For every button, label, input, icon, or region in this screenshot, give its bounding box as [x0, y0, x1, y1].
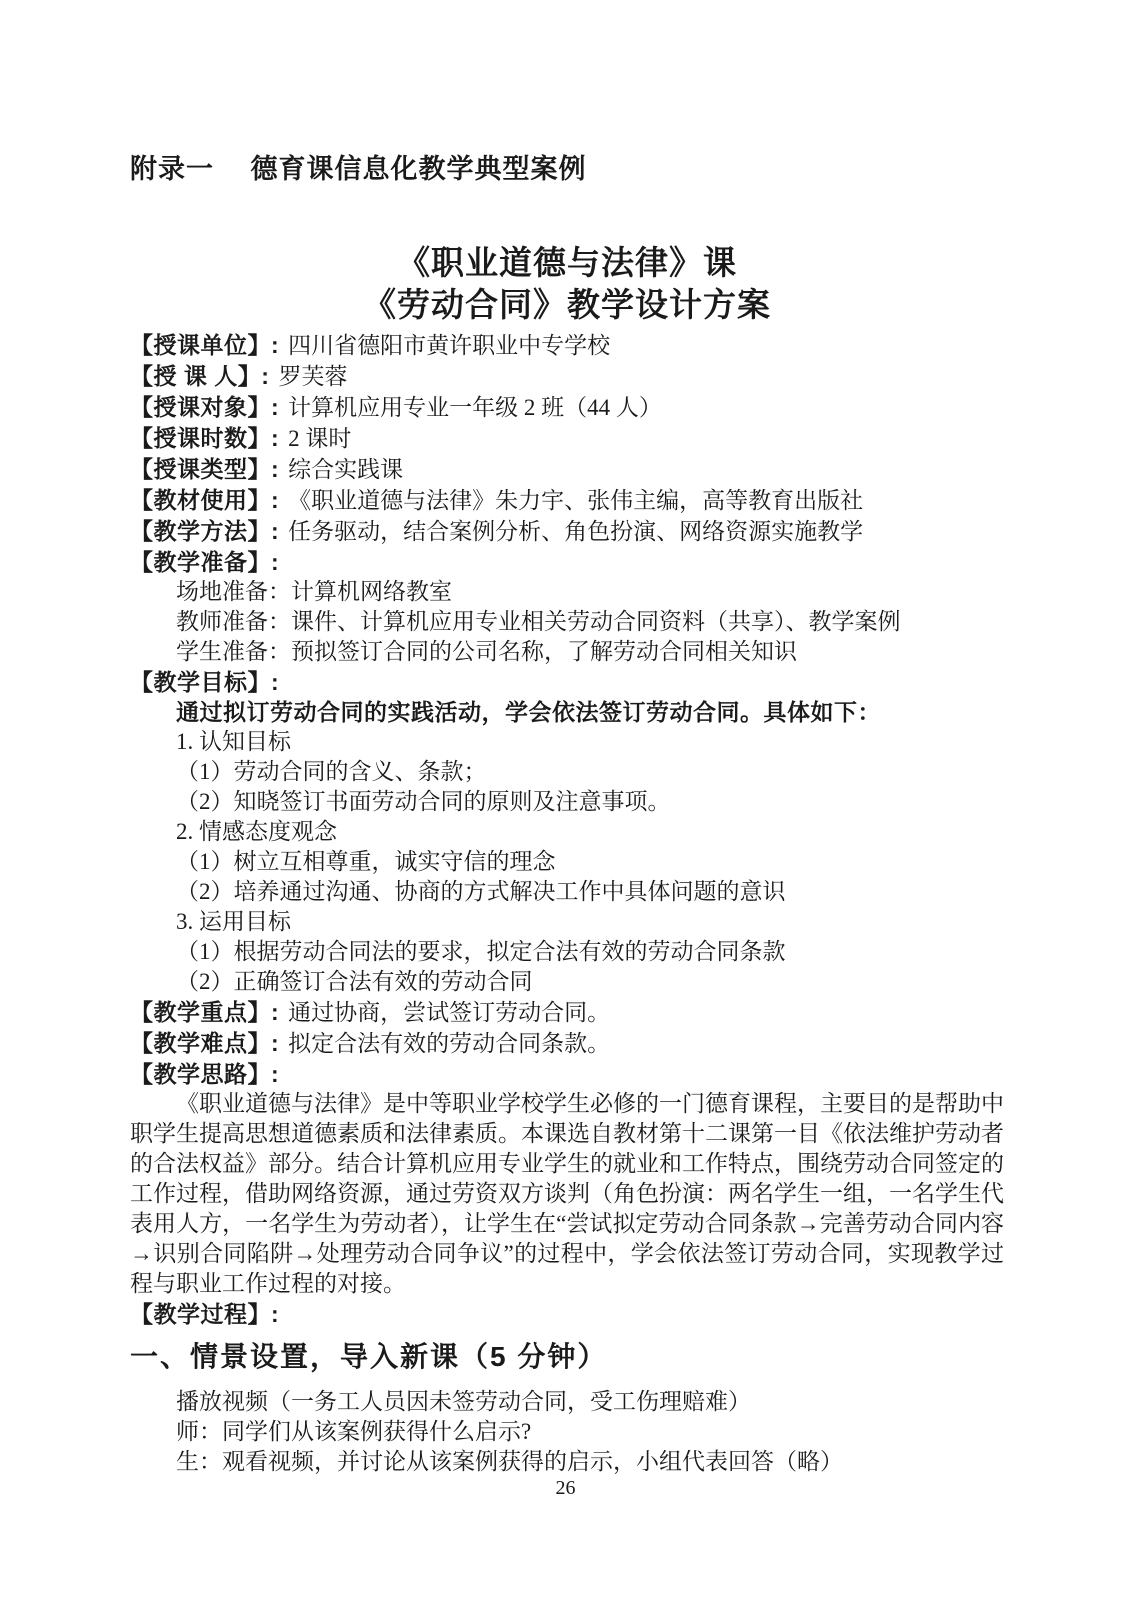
process-step1-heading: 一、情景设置，导入新课（5 分钟） [130, 1339, 1004, 1375]
field-value: 计算机应用专业一年级 2 班（44 人） [288, 395, 662, 420]
field-value: 四川省德阳市黄许职业中专学校 [288, 333, 610, 358]
section-label-process: 【教学过程】: [130, 1299, 1004, 1329]
field-label: 【授课类型】: [130, 456, 279, 482]
appendix-heading: 附录一 德育课信息化教学典型案例 [130, 150, 1004, 188]
difficult-point-row: 【教学难点】:拟定合法有效的劳动合同条款。 [130, 1028, 1004, 1059]
field-value: 任务驱动，结合案例分析、角色扮演、网络资源实施教学 [288, 519, 863, 544]
objective-item: 3. 运用目标 [130, 907, 1004, 937]
process-line: 播放视频（一务工人员因未签劳动合同，受工伤理赔难） [130, 1387, 1004, 1417]
field-value: 《职业道德与法律》朱力宇、张伟主编，高等教育出版社 [288, 488, 863, 513]
teaching-idea-paragraph: 《职业道德与法律》是中等职业学校学生必修的一门德育课程，主要目的是帮助中职学生提… [130, 1089, 1004, 1299]
objectives-intro: 通过拟订劳动合同的实践活动，学会依法签订劳动合同。具体如下： [130, 697, 1004, 727]
meta-row-type: 【授课类型】:综合实践课 [130, 454, 1004, 485]
process-line: 生：观看视频，并讨论从该案例获得的启示，小组代表回答（略） [130, 1447, 1004, 1477]
meta-row-teacher: 【授 课 人】:罗芙蓉 [130, 361, 1004, 392]
field-label: 【授课单位】: [130, 332, 279, 358]
preparation-item: 学生准备：预拟签订合同的公司名称，了解劳动合同相关知识 [130, 637, 1004, 667]
meta-row-hours: 【授课时数】:2 课时 [130, 423, 1004, 454]
meta-row-audience: 【授课对象】:计算机应用专业一年级 2 班（44 人） [130, 392, 1004, 423]
document-page: 附录一 德育课信息化教学典型案例 《职业道德与法律》课 《劳动合同》教学设计方案… [0, 0, 1131, 1600]
objective-item: （2）正确签订合法有效的劳动合同 [130, 967, 1004, 997]
field-value: 拟定合法有效的劳动合同条款。 [288, 1031, 610, 1056]
field-value: 罗芙蓉 [278, 364, 347, 389]
document-title: 《职业道德与法律》课 《劳动合同》教学设计方案 [130, 242, 1004, 326]
section-label-teaching-idea: 【教学思路】: [130, 1059, 1004, 1089]
meta-row-textbook: 【教材使用】:《职业道德与法律》朱力宇、张伟主编，高等教育出版社 [130, 485, 1004, 516]
objective-item: （1）树立互相尊重，诚实守信的理念 [130, 847, 1004, 877]
objective-item: 1. 认知目标 [130, 727, 1004, 757]
field-value: 综合实践课 [288, 457, 403, 482]
preparation-section: 【教学准备】: 场地准备：计算机网络教室 教师准备：课件、计算机应用专业相关劳动… [130, 547, 1004, 667]
teaching-idea-section: 【教学思路】: 《职业道德与法律》是中等职业学校学生必修的一门德育课程，主要目的… [130, 1059, 1004, 1299]
field-label: 【授课对象】: [130, 394, 279, 420]
field-value: 2 课时 [288, 426, 351, 451]
field-label: 【教学难点】: [130, 1030, 279, 1056]
field-label: 【教材使用】: [130, 487, 279, 513]
field-value: 通过协商，尝试签订劳动合同。 [288, 1000, 610, 1025]
process-line: 师：同学们从该案例获得什么启示? [130, 1417, 1004, 1447]
meta-row-unit: 【授课单位】:四川省德阳市黄许职业中专学校 [130, 330, 1004, 361]
meta-row-method: 【教学方法】:任务驱动，结合案例分析、角色扮演、网络资源实施教学 [130, 516, 1004, 547]
objective-item: （1）根据劳动合同法的要求，拟定合法有效的劳动合同条款 [130, 937, 1004, 967]
objective-item: （1）劳动合同的含义、条款； [130, 757, 1004, 787]
meta-block: 【授课单位】:四川省德阳市黄许职业中专学校 【授 课 人】:罗芙蓉 【授课对象】… [130, 330, 1004, 547]
document-title-line1: 《职业道德与法律》课 [130, 242, 1004, 284]
field-label: 【教学方法】: [130, 518, 279, 544]
objective-item: （2）培养通过沟通、协商的方式解决工作中具体问题的意识 [130, 877, 1004, 907]
preparation-item: 教师准备：课件、计算机应用专业相关劳动合同资料（共享）、教学案例 [130, 607, 1004, 637]
section-label-preparation: 【教学准备】: [130, 547, 1004, 577]
objectives-section: 【教学目标】: 通过拟订劳动合同的实践活动，学会依法签订劳动合同。具体如下： 1… [130, 667, 1004, 997]
objective-item: 2. 情感态度观念 [130, 817, 1004, 847]
section-label-objectives: 【教学目标】: [130, 667, 1004, 697]
field-label: 【授 课 人】: [130, 363, 269, 389]
key-point-row: 【教学重点】:通过协商，尝试签订劳动合同。 [130, 997, 1004, 1028]
process-section: 【教学过程】: 一、情景设置，导入新课（5 分钟） 播放视频（一务工人员因未签劳… [130, 1299, 1004, 1477]
field-label: 【授课时数】: [130, 425, 279, 451]
document-title-line2: 《劳动合同》教学设计方案 [130, 284, 1004, 326]
page-number: 26 [0, 1476, 1131, 1500]
field-label: 【教学重点】: [130, 999, 279, 1025]
preparation-item: 场地准备：计算机网络教室 [130, 577, 1004, 607]
objective-item: （2）知晓签订书面劳动合同的原则及注意事项。 [130, 787, 1004, 817]
